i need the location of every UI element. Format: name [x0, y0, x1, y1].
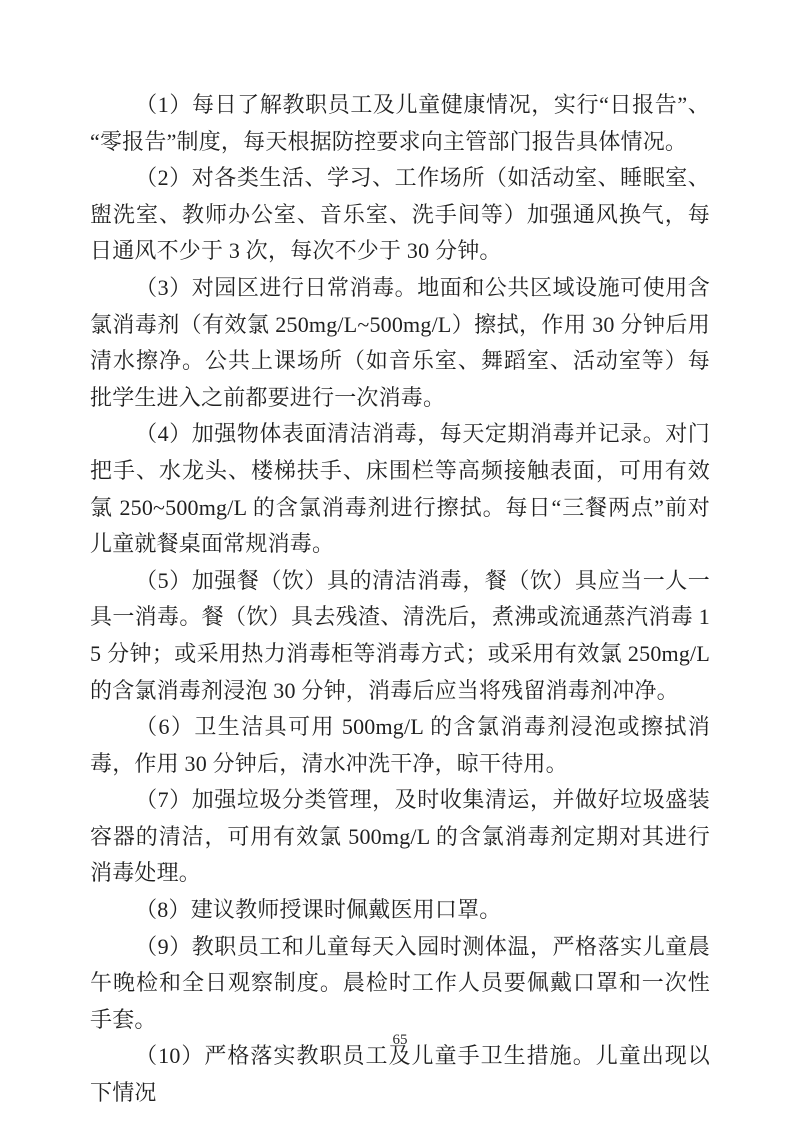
paragraph-6: （6）卫生洁具可用 500mg/L 的含氯消毒剂浸泡或擦拭消毒，作用 30 分钟…	[90, 709, 710, 782]
paragraph-8: （8）建议教师授课时佩戴医用口罩。	[90, 892, 710, 929]
paragraph-5: （5）加强餐（饮）具的清洁消毒，餐（饮）具应当一人一具一消毒。餐（饮）具去残渣、…	[90, 563, 710, 709]
paragraph-7: （7）加强垃圾分类管理，及时收集清运，并做好垃圾盛装容器的清洁，可用有效氯 50…	[90, 782, 710, 892]
paragraph-3: （3）对园区进行日常消毒。地面和公共区域设施可使用含氯消毒剂（有效氯 250mg…	[90, 270, 710, 416]
paragraph-2: （2）对各类生活、学习、工作场所（如活动室、睡眠室、盥洗室、教师办公室、音乐室、…	[90, 160, 710, 270]
paragraph-10: （10）严格落实教职员工及儿童手卫生措施。儿童出现以下情况	[90, 1038, 710, 1111]
page-number: 65	[0, 1032, 800, 1049]
paragraph-9: （9）教职员工和儿童每天入园时测体温，严格落实儿童晨午晚检和全日观察制度。晨检时…	[90, 929, 710, 1039]
document-page: （1）每日了解教职员工及儿童健康情况，实行“日报告”、“零报告”制度，每天根据防…	[0, 0, 800, 1131]
document-body: （1）每日了解教职员工及儿童健康情况，实行“日报告”、“零报告”制度，每天根据防…	[90, 87, 710, 1112]
paragraph-4: （4）加强物体表面清洁消毒，每天定期消毒并记录。对门把手、水龙头、楼梯扶手、床围…	[90, 416, 710, 562]
paragraph-1: （1）每日了解教职员工及儿童健康情况，实行“日报告”、“零报告”制度，每天根据防…	[90, 87, 710, 160]
